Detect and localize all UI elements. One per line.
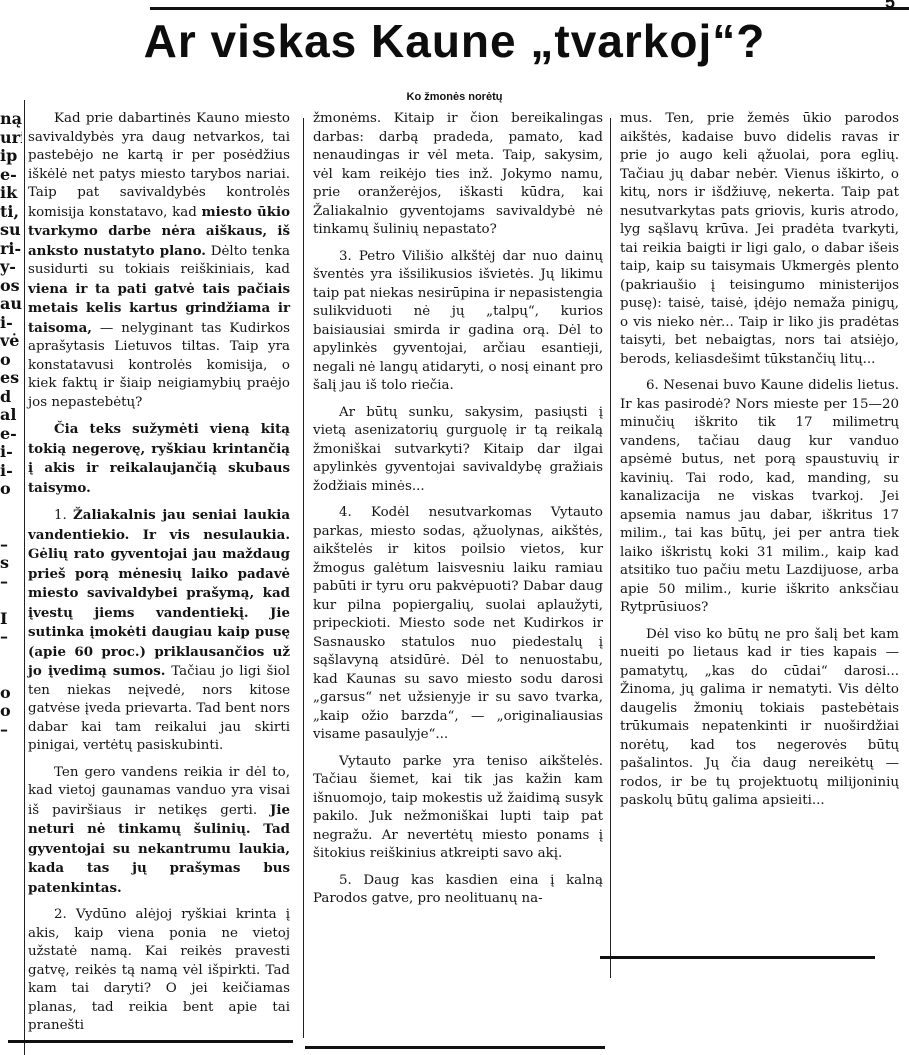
fragment-line xyxy=(0,850,22,869)
body-text: Dėl viso ko būtų ne pro šalį bet kam nue… xyxy=(620,627,899,809)
fragment-line: e- xyxy=(0,166,22,185)
body-text: 1. xyxy=(54,508,73,523)
headline: Ar viskas Kaune „tvarkoj“? xyxy=(0,14,909,68)
page-number: 5 xyxy=(885,0,895,13)
fragment-line: ti, xyxy=(0,203,22,222)
fragment-line: i- xyxy=(0,314,22,333)
fragment-line: – xyxy=(0,628,22,647)
column-divider-left xyxy=(24,100,25,1055)
fragment-line xyxy=(0,591,22,610)
body-text: 4. Kodėl nesutvarkomas Vytauto parkas, m… xyxy=(313,505,603,742)
article-paragraph: mus. Ten, prie žemės ūkio parodos aikštė… xyxy=(620,110,899,369)
fragment-line: ri- xyxy=(0,240,22,259)
body-text: 2. Vydūno alėjoj ryškiai krinta į akis, … xyxy=(28,907,290,1033)
fragment-line xyxy=(0,758,22,777)
body-text: Ar būtų sunku, sakysim, pasiųsti į vietą… xyxy=(313,405,603,494)
fragment-line xyxy=(0,776,22,795)
fragment-line: – xyxy=(0,536,22,555)
body-text: mus. Ten, prie žemės ūkio parodos aikštė… xyxy=(620,111,899,367)
article-paragraph: Ten gero vandens reikia ir dėl to, kad v… xyxy=(28,764,290,899)
fragment-line: ną xyxy=(0,110,22,129)
fragment-line: s xyxy=(0,554,22,573)
article-paragraph: 6. Nesenai buvo Kaune didelis lietus. Ir… xyxy=(620,377,899,618)
fragment-line: o xyxy=(0,702,22,721)
article-paragraph: 4. Kodėl nesutvarkomas Vytauto parkas, m… xyxy=(313,504,603,745)
body-text: Vytauto parke yra teniso aikštelės. Tači… xyxy=(313,754,603,862)
fragment-line: e- xyxy=(0,425,22,444)
fragment-line xyxy=(0,813,22,832)
article-paragraph: Ar būtų sunku, sakysim, pasiųsti į vietą… xyxy=(313,404,603,497)
article-paragraph: žmonėms. Kitaip ir čion bereikalingas da… xyxy=(313,110,603,240)
fragment-line xyxy=(0,665,22,684)
subtitle: Ko žmonės norėtų xyxy=(0,91,909,103)
fragment-line: os xyxy=(0,277,22,296)
body-text: 6. Nesenai buvo Kaune didelis lietus. Ir… xyxy=(620,378,899,615)
fragment-line: vė xyxy=(0,332,22,351)
article-paragraph: 3. Petro Vilišio alkštėj dar nuo dainų š… xyxy=(313,248,603,396)
column-divider-2 xyxy=(610,118,611,978)
article-paragraph: Dėl viso ko būtų ne pro šalį bet kam nue… xyxy=(620,626,899,811)
fragment-line: i- xyxy=(0,443,22,462)
fragment-line: ip xyxy=(0,147,22,166)
fragment-line: ik xyxy=(0,184,22,203)
emphasized-text: Čia teks sužymėti vieną kitą tokią neger… xyxy=(28,421,290,496)
article-paragraph: Vytauto parke yra teniso aikštelės. Tači… xyxy=(313,753,603,864)
article-column-3: mus. Ten, prie žemės ūkio parodos aikštė… xyxy=(620,110,899,819)
fragment-line xyxy=(0,517,22,536)
article-paragraph: Čia teks sužymėti vieną kitą tokią neger… xyxy=(28,420,290,498)
fragment-line xyxy=(0,739,22,758)
fragment-line: d xyxy=(0,388,22,407)
fragment-line: o xyxy=(0,684,22,703)
fragment-line: o xyxy=(0,351,22,370)
previous-column-fragment: nąuriipe-ikti,suri-y-osaui-vėoesdale-i-i… xyxy=(0,110,22,906)
article-end-rule xyxy=(600,956,875,959)
fragment-line xyxy=(0,869,22,888)
fragment-line: y- xyxy=(0,258,22,277)
fragment-line: i- xyxy=(0,462,22,481)
fragment-line: au xyxy=(0,295,22,314)
fragment-line: – xyxy=(0,721,22,740)
column-2-end-rule xyxy=(305,1046,605,1049)
fragment-line xyxy=(0,832,22,851)
body-text: 3. Petro Vilišio alkštėj dar nuo dainų š… xyxy=(313,249,603,394)
body-text: žmonėms. Kitaip ir čion bereikalingas da… xyxy=(313,111,603,237)
article-paragraph: 1. Žaliakalnis jau seniai laukia vandent… xyxy=(28,506,290,756)
fragment-line: su xyxy=(0,221,22,240)
fragment-line: uri xyxy=(0,129,22,148)
fragment-line: al xyxy=(0,406,22,425)
fragment-line xyxy=(0,499,22,518)
fragment-line: es xyxy=(0,369,22,388)
fragment-line: o xyxy=(0,480,22,499)
article-paragraph: Kad prie dabartinės Kauno miesto savival… xyxy=(28,110,290,412)
fragment-line xyxy=(0,887,22,906)
fragment-line: – xyxy=(0,573,22,592)
column-divider-1 xyxy=(303,118,304,1038)
fragment-line xyxy=(0,647,22,666)
article-paragraph: 5. Daug kas kasdien eina į kalną Parodos… xyxy=(313,872,603,909)
body-text: Ten gero vandens reikia ir dėl to, kad v… xyxy=(28,765,290,818)
article-column-2: žmonėms. Kitaip ir čion bereikalingas da… xyxy=(313,110,603,917)
body-text: 5. Daug kas kasdien eina į kalną Parodos… xyxy=(313,873,603,907)
article-paragraph: 2. Vydūno alėjoj ryškiai krinta į akis, … xyxy=(28,906,290,1036)
column-1-end-rule xyxy=(8,1040,293,1043)
article-column-1: Kad prie dabartinės Kauno miesto savival… xyxy=(28,110,290,1044)
fragment-line xyxy=(0,795,22,814)
fragment-line: I xyxy=(0,610,22,629)
emphasized-text: Žaliakalnis jau seniai laukia vandentiek… xyxy=(28,507,290,679)
header-rule xyxy=(150,7,909,10)
